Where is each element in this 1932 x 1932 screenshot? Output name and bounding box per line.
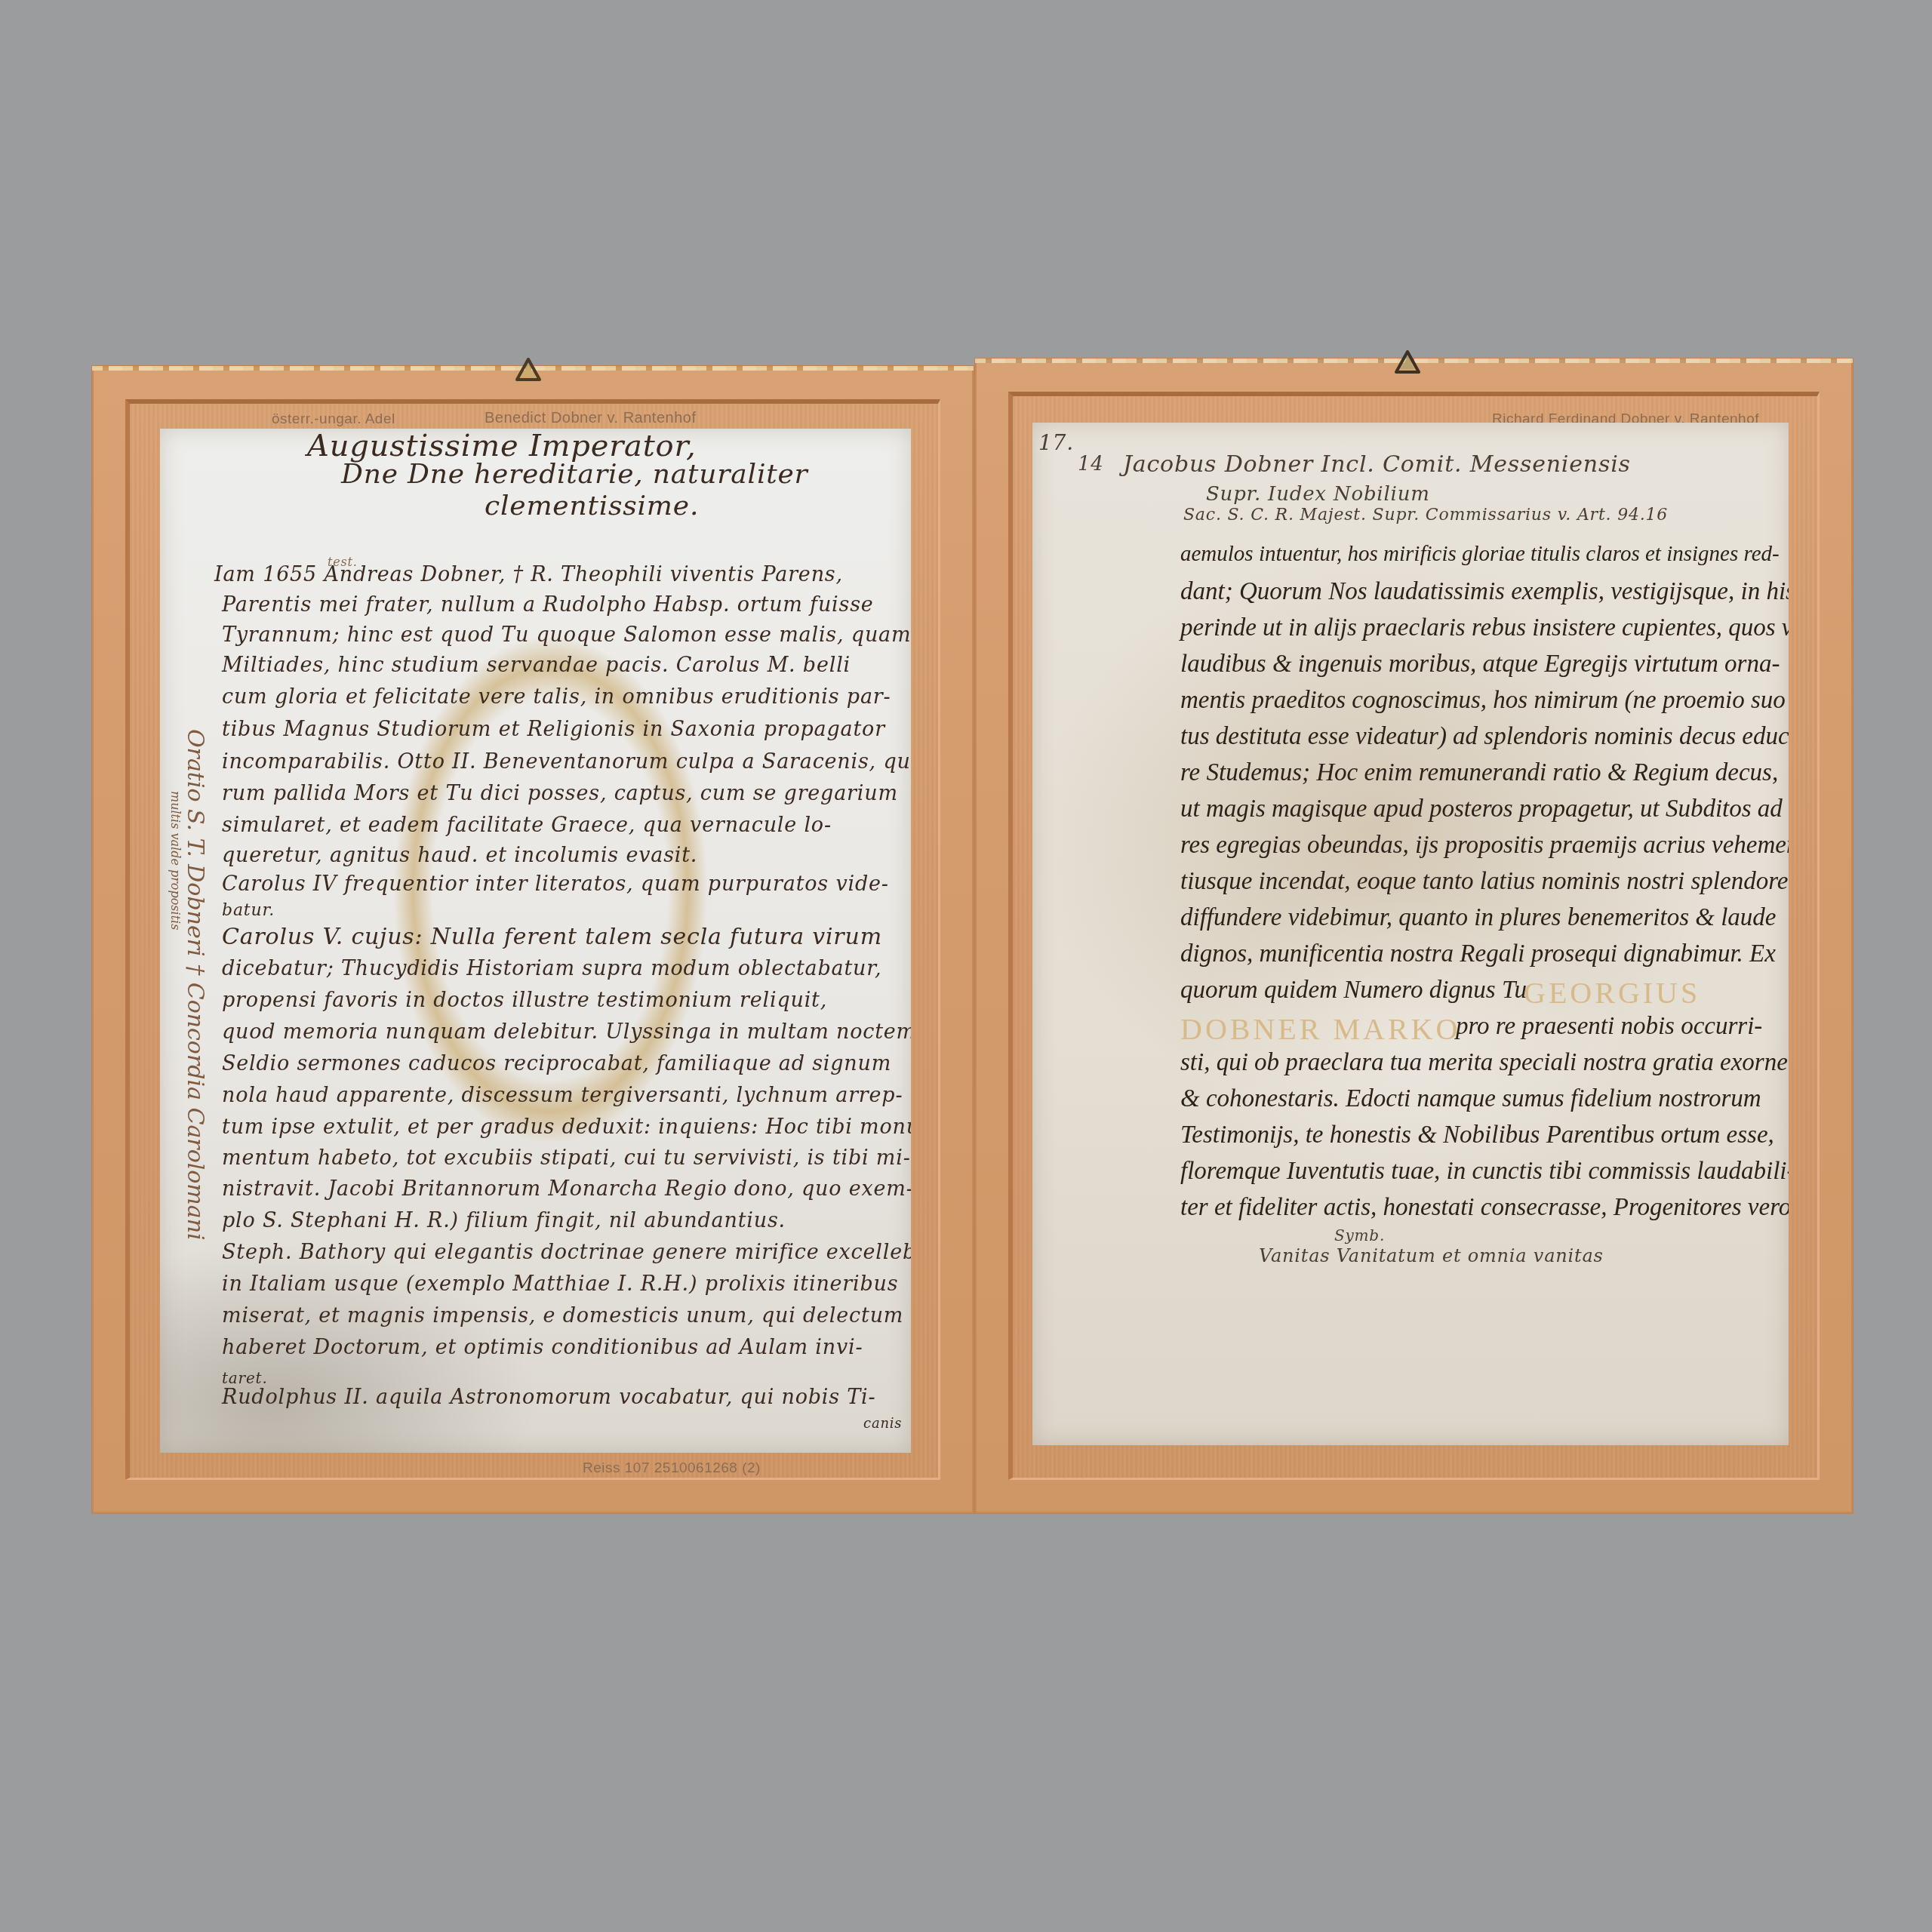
frame-hanger-icon — [515, 357, 542, 383]
manuscript-line: tum ipse extulit, et per gradus deduxit:… — [222, 1115, 911, 1139]
manuscript-line: re Studemus; Hoc enim remunerandi ratio … — [1180, 759, 1778, 787]
manuscript-line: sti, qui ob praeclara tua merita special… — [1180, 1049, 1789, 1077]
manuscript-line: aemulos intuentur, hos mirificis gloriae… — [1180, 542, 1780, 567]
manuscript-line: tus destituta esse videatur) ad splendor… — [1180, 723, 1789, 751]
manuscript-line: Carolus IV frequentior inter literatos, … — [222, 872, 889, 896]
manuscript-line: diffundere videbimur, quanto in plures b… — [1180, 904, 1776, 932]
margin-note-vertical-small: multis valde propositis — [168, 791, 183, 930]
manuscript-line: res egregias obeundas, ijs propositis pr… — [1180, 832, 1789, 860]
manuscript-line: pro re praesenti nobis occurri- — [1456, 1013, 1762, 1041]
manuscript-line: in Italiam usque (exemplo Matthiae I. R.… — [222, 1272, 898, 1296]
manuscript-line: tiusque incendat, eoque tanto latius nom… — [1180, 868, 1789, 896]
folio-number: 17. — [1038, 430, 1074, 455]
manuscript-line: Miltiades, hinc studium servandae pacis.… — [222, 654, 851, 677]
motto-vanitas: Vanitas Vanitatum et omnia vanitas — [1259, 1245, 1604, 1266]
manuscript-line: batur. — [222, 901, 275, 920]
gold-name-georgius: GEORGIUS — [1524, 975, 1700, 1011]
right-picture-frame: Richard Ferdinand Dobner v. Rantenhof 17… — [975, 358, 1853, 1513]
manuscript-line: nola haud apparente, discessum tergivers… — [222, 1084, 903, 1107]
manuscript-line: plo S. Stephani H. R.) filium fingit, ni… — [222, 1209, 786, 1232]
manuscript-line: Steph. Bathory qui elegantis doctrinae g… — [222, 1241, 911, 1264]
manuscript-line: dignos, munificentia nostra Regali prose… — [1180, 940, 1776, 968]
manuscript-line: Iam 1655 Andreas Dobner, † R. Theophili … — [214, 563, 843, 586]
symbol-label: Symb. — [1334, 1226, 1385, 1244]
manuscript-line: rum pallida Mors et Tu dici posses, capt… — [222, 782, 898, 805]
manuscript-line: canis — [863, 1416, 902, 1432]
margin-note-vertical: Oratio S. T. Dobneri † Concordia Carolom… — [182, 729, 208, 1241]
manuscript-line: haberet Doctorum, et optimis conditionib… — [222, 1336, 863, 1359]
left-manuscript-page: Augustissime Imperator, Dne Dne heredita… — [160, 429, 911, 1453]
manuscript-line: quorum quidem Numero dignus Tu — [1180, 977, 1527, 1004]
manuscript-line: cum gloria et felicitate vere talis, in … — [222, 685, 891, 709]
manuscript-line: laudibus & ingenuis moribus, atque Egreg… — [1180, 651, 1780, 678]
manuscript-line: simularet, et eadem facilitate Graece, q… — [222, 814, 832, 837]
manuscript-line: dicebatur; Thucydidis Historiam supra mo… — [222, 957, 881, 980]
manuscript-line: Rudolphus II. aquila Astronomorum vocaba… — [222, 1386, 875, 1409]
manuscript-line: propensi favoris in doctos illustre test… — [222, 989, 827, 1012]
manuscript-line: Testimonijs, te honestis & Nobilibus Par… — [1180, 1121, 1774, 1149]
folio-number: 14 — [1078, 453, 1104, 475]
manuscript-line-emphasis: Carolus V. cujus: Nulla ferent talem sec… — [222, 924, 882, 950]
manuscript-header-line: Supr. Iudex Nobilium — [1206, 483, 1430, 506]
manuscript-line: ter et fideliter actis, honestati consec… — [1180, 1194, 1789, 1222]
manuscript-header-line: Jacobus Dobner Incl. Comit. Messeniensis — [1123, 451, 1631, 478]
manuscript-line: & cohonestaris. Edocti namque sumus fide… — [1180, 1085, 1761, 1113]
manuscript-line: tibus Magnus Studiorum et Religionis in … — [222, 718, 885, 741]
frame-label-catalog-number: Reiss 107 2510061268 (2) — [583, 1460, 761, 1477]
manuscript-line: mentis praeditos cognoscimus, hos nimiru… — [1180, 687, 1789, 715]
manuscript-line: Tyrannum; hinc est quod Tu quoque Salomo… — [222, 623, 911, 647]
manuscript-line: queretur, agnitus haud. et incolumis eva… — [222, 844, 697, 867]
manuscript-header-line: Sac. S. C. R. Majest. Supr. Commissarius… — [1183, 506, 1668, 525]
manuscript-line: mentum habeto, tot excubiis stipati, cui… — [222, 1146, 911, 1170]
manuscript-heading-line: clementissime. — [485, 491, 699, 521]
manuscript-line: perinde ut in alijs praeclaris rebus ins… — [1180, 614, 1789, 642]
manuscript-line: nistravit. Jacobi Britannorum Monarcha R… — [222, 1177, 911, 1201]
manuscript-line: ut magis magisque apud posteros propaget… — [1180, 795, 1783, 823]
manuscript-line: quod memoria nunquam delebitur. Ulyssing… — [222, 1020, 911, 1044]
manuscript-heading-line: Dne Dne hereditarie, naturaliter — [341, 459, 808, 490]
manuscript-line: Parentis mei frater, nullum a Rudolpho H… — [222, 593, 874, 617]
manuscript-line: taret. — [222, 1369, 268, 1387]
frame-label-austro-hungarian-nobility: österr.-ungar. Adel — [272, 411, 395, 428]
frame-hanger-icon — [1394, 349, 1421, 375]
frame-label-benedict-dobner: Benedict Dobner v. Rantenhof — [485, 410, 696, 427]
manuscript-line: miserat, et magnis impensis, e domestici… — [222, 1304, 903, 1327]
left-picture-frame: österr.-ungar. Adel Benedict Dobner v. R… — [92, 366, 974, 1513]
right-manuscript-page: 17. 14 Jacobus Dobner Incl. Comit. Messe… — [1032, 423, 1789, 1445]
manuscript-line: incomparabilis. Otto II. Beneventanorum … — [222, 750, 911, 774]
manuscript-line: floremque Iuventutis tuae, in cunctis ti… — [1180, 1158, 1789, 1186]
gold-name-dobner-marko: DOBNER MARKO — [1180, 1011, 1460, 1047]
manuscript-line: dant; Quorum Nos laudatissimis exemplis,… — [1180, 578, 1789, 606]
manuscript-line: Seldio sermones caducos reciprocabat, fa… — [222, 1052, 891, 1075]
